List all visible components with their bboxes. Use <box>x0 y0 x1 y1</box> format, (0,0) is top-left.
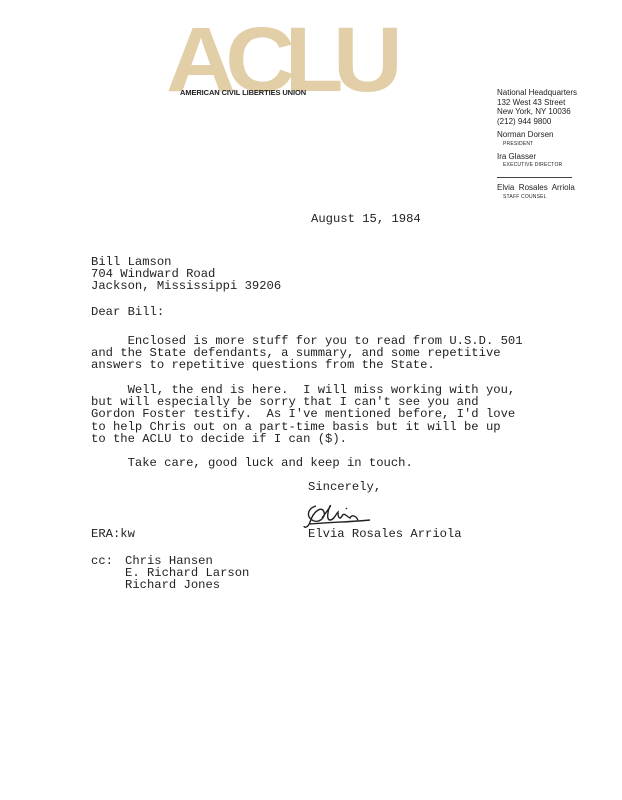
staff-title: PRESIDENT <box>503 140 577 148</box>
cc-label: cc: <box>91 555 113 568</box>
recipient-city: Jackson, Mississippi 39206 <box>91 280 281 293</box>
letter-date: August 15, 1984 <box>311 213 421 226</box>
paragraph: Take care, good luck and keep in touch. <box>91 457 561 469</box>
cc-recipient: Richard Jones <box>125 579 220 592</box>
staff-title: STAFF COUNSEL <box>503 193 577 201</box>
aclu-logo: ACLU AMERICAN CIVIL LIBERTIES UNION <box>166 22 332 100</box>
signer-name: Elvia Rosales Arriola <box>308 528 462 541</box>
address-line2: New York, NY 10036 <box>497 107 577 117</box>
initials: ERA:kw <box>91 528 135 541</box>
address-line1: 132 West 43 Street <box>497 98 577 108</box>
staff-title: EXECUTIVE DIRECTOR <box>503 161 577 169</box>
org-name: AMERICAN CIVIL LIBERTIES UNION <box>180 88 306 97</box>
salutation: Dear Bill: <box>91 306 164 319</box>
paragraph: Enclosed is more stuff for you to read f… <box>91 335 561 372</box>
signature <box>302 500 372 530</box>
divider <box>497 177 572 178</box>
closing: Sincerely, <box>308 481 381 494</box>
staff-name: Norman Dorsen <box>497 130 577 140</box>
office-label: National Headquarters <box>497 88 577 98</box>
paragraph: Well, the end is here. I will miss worki… <box>91 384 561 445</box>
phone: (212) 944 9800 <box>497 117 577 127</box>
staff-name: Elvia Rosales Arriola <box>497 183 577 193</box>
staff-name: Ira Glasser <box>497 152 577 162</box>
letterhead-sidebar: National Headquarters 132 West 43 Street… <box>497 88 577 201</box>
logo-letters: ACLU <box>166 22 392 98</box>
